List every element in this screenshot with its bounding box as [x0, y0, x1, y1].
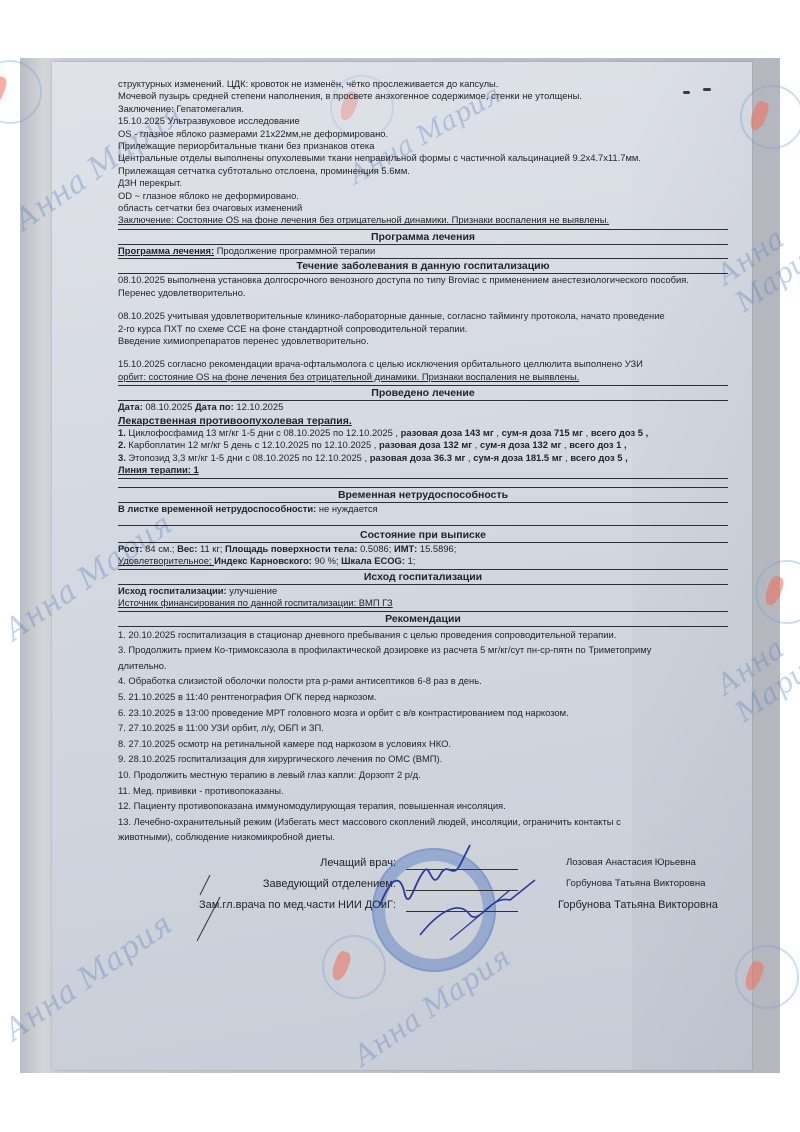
- recommendation-item: 3. Продолжить прием Ко-тримоксазола в пр…: [118, 642, 728, 658]
- text-line: ДЗН перекрыт.: [118, 177, 728, 189]
- signature-name: Горбунова Татьяна Викторовна: [558, 899, 718, 911]
- signature-row-deputy: Зам.гл.врача по мед.части НИИ ДОиГ: Горб…: [118, 899, 758, 920]
- signature-name: Горбунова Татьяна Викторовна: [566, 878, 705, 889]
- date-from-value: 08.10.2025: [143, 401, 195, 412]
- recommendation-item: 10. Продолжить местную терапию в левый г…: [118, 767, 728, 783]
- recommendation-item: животными), соблюдение низкомикробной ди…: [118, 829, 728, 845]
- drug-row: 2. Карбоплатин 12 мг/кг 5 день с 12.10.2…: [118, 439, 728, 451]
- recommendation-item: 7. 27.10.2025 в 11:00 УЗИ орбит, л/у, ОБ…: [118, 720, 728, 736]
- recommendation-item: 6. 23.10.2025 в 13:00 проведение МРТ гол…: [118, 705, 728, 721]
- signature-role: Заведующий отделением:: [263, 878, 396, 890]
- text-line: Заключение: Гепатомегалия.: [118, 103, 728, 115]
- section-title-program: Программа лечения: [118, 229, 728, 245]
- recommendation-item: длительно.: [118, 658, 728, 674]
- disability-label: В листке временной нетрудоспособности:: [118, 503, 316, 514]
- ultrasound-conclusion: Заключение: Состояние OS на фоне лечения…: [118, 214, 728, 226]
- course-para-2-line: Введение химиопрепаратов перенес удовлет…: [118, 335, 728, 347]
- course-para-2-line: 2-го курса ПХТ по схеме CCE на фоне стан…: [118, 323, 728, 335]
- recommendation-item: 5. 21.10.2025 в 11:40 рентгенография ОГК…: [118, 689, 728, 705]
- therapy-subtitle: Лекарственная противоопухолевая терапия.: [118, 415, 728, 427]
- drug-row: 1. Циклофосфамид 13 мг/кг 1-5 дни с 08.1…: [118, 427, 728, 439]
- program-label: Программа лечения:: [118, 245, 214, 256]
- recommendation-item: 11. Мед. прививки - противопоказаны.: [118, 783, 728, 799]
- signature-block: Лечащий врач: Лозовая Анастасия Юрьевна …: [118, 857, 758, 920]
- section-title-treatment: Проведено лечение: [118, 385, 728, 401]
- date-to-value: 12.10.2025: [234, 401, 284, 412]
- therapy-line: Линия терапии: 1: [118, 464, 728, 478]
- text-line: OD ~ глазное яблоко не деформировано.: [118, 190, 728, 202]
- recommendation-item: 8. 27.10.2025 осмотр на ретинальной каме…: [118, 736, 728, 752]
- recommendation-item: 1. 20.10.2025 госпитализация в стационар…: [118, 627, 728, 643]
- text-line: структурных изменений. ЦДК: кровоток не …: [118, 78, 728, 90]
- section-title-course: Течение заболевания в данную госпитализа…: [118, 259, 728, 274]
- treatment-dates: Дата: 08.10.2025 Дата по: 12.10.2025: [118, 401, 728, 413]
- course-para-2-line: 08.10.2025 учитывая удовлетворительные к…: [118, 310, 728, 322]
- section-title-disability: Временная нетрудоспособность: [118, 487, 728, 503]
- disability-row: В листке временной нетрудоспособности: н…: [118, 503, 728, 515]
- signature-line: [406, 890, 518, 891]
- outcome-value: улучшение: [227, 585, 278, 596]
- recommendation-item: 9. 28.10.2025 госпитализация для хирурги…: [118, 751, 728, 767]
- signature-role: Лечащий врач:: [320, 857, 396, 869]
- recommendation-item: 12. Пациенту противопоказана иммуномодул…: [118, 798, 728, 814]
- text-line: Прилежащая сетчатка субтотально отслоена…: [118, 165, 728, 177]
- course-para-1: 08.10.2025 выполнена установка долгосроч…: [118, 274, 728, 299]
- recommendation-item: 13. Лечебно-охранительный режим (Избегат…: [118, 814, 728, 830]
- date-to-label: Дата по:: [195, 401, 234, 412]
- course-para-3-line: 15.10.2025 согласно рекомендации врача-о…: [118, 358, 728, 370]
- section-title-recommendations: Рекомендации: [118, 612, 728, 627]
- text-line: Прилежащие периорбитальные ткани без при…: [118, 140, 728, 152]
- signature-role: Зам.гл.врача по мед.части НИИ ДОиГ:: [199, 899, 396, 911]
- outcome-row: Исход госпитализации: улучшение: [118, 585, 728, 597]
- signature-name: Лозовая Анастасия Юрьевна: [566, 857, 696, 868]
- text-line: 15.10.2025 Ультразвуковое исследование: [118, 115, 728, 127]
- text-line: Мочевой пузырь средней степени наполнени…: [118, 90, 728, 102]
- signature-row-head: Заведующий отделением: Горбунова Татьяна…: [118, 878, 758, 899]
- text-line: OS - глазное яблоко размерами 21x22мм,не…: [118, 128, 728, 140]
- condition-row: Удовлетворительное; Индекс Карновского: …: [118, 555, 728, 569]
- course-para-3-line: орбит: состояние OS на фоне лечения без …: [118, 371, 728, 383]
- date-from-label: Дата:: [118, 401, 143, 412]
- section-title-discharge: Состояние при выписке: [118, 528, 728, 543]
- ultrasound-findings: структурных изменений. ЦДК: кровоток не …: [118, 78, 728, 227]
- drug-row: 3. Этопозид 3,3 мг/кг 1-5 дни с 08.10.20…: [118, 452, 728, 464]
- section-title-outcome: Исход госпитализации: [118, 570, 728, 585]
- program-value: Продолжение программной терапии: [214, 245, 375, 256]
- recommendations-list: 1. 20.10.2025 госпитализация в стационар…: [118, 627, 728, 845]
- signature-line: [406, 911, 518, 912]
- outcome-label: Исход госпитализации:: [118, 585, 227, 596]
- funding-row: Источник финансирования по данной госпит…: [118, 597, 728, 611]
- text-line: Центральные отделы выполнены опухолевыми…: [118, 152, 728, 164]
- text-line: область сетчатки без очаговых изменений: [118, 202, 728, 214]
- program-row: Программа лечения: Продолжение программн…: [118, 245, 728, 259]
- recommendation-item: 4. Обработка слизистой оболочки полости …: [118, 673, 728, 689]
- discharge-summary-body: структурных изменений. ЦДК: кровоток не …: [118, 78, 728, 845]
- signature-row-attending: Лечащий врач: Лозовая Анастасия Юрьевна: [118, 857, 758, 878]
- disability-value: не нуждается: [316, 503, 377, 514]
- anthropometry-row: Рост: 84 см.; Вес: 11 кг; Площадь поверх…: [118, 543, 728, 555]
- signature-line: [406, 869, 518, 870]
